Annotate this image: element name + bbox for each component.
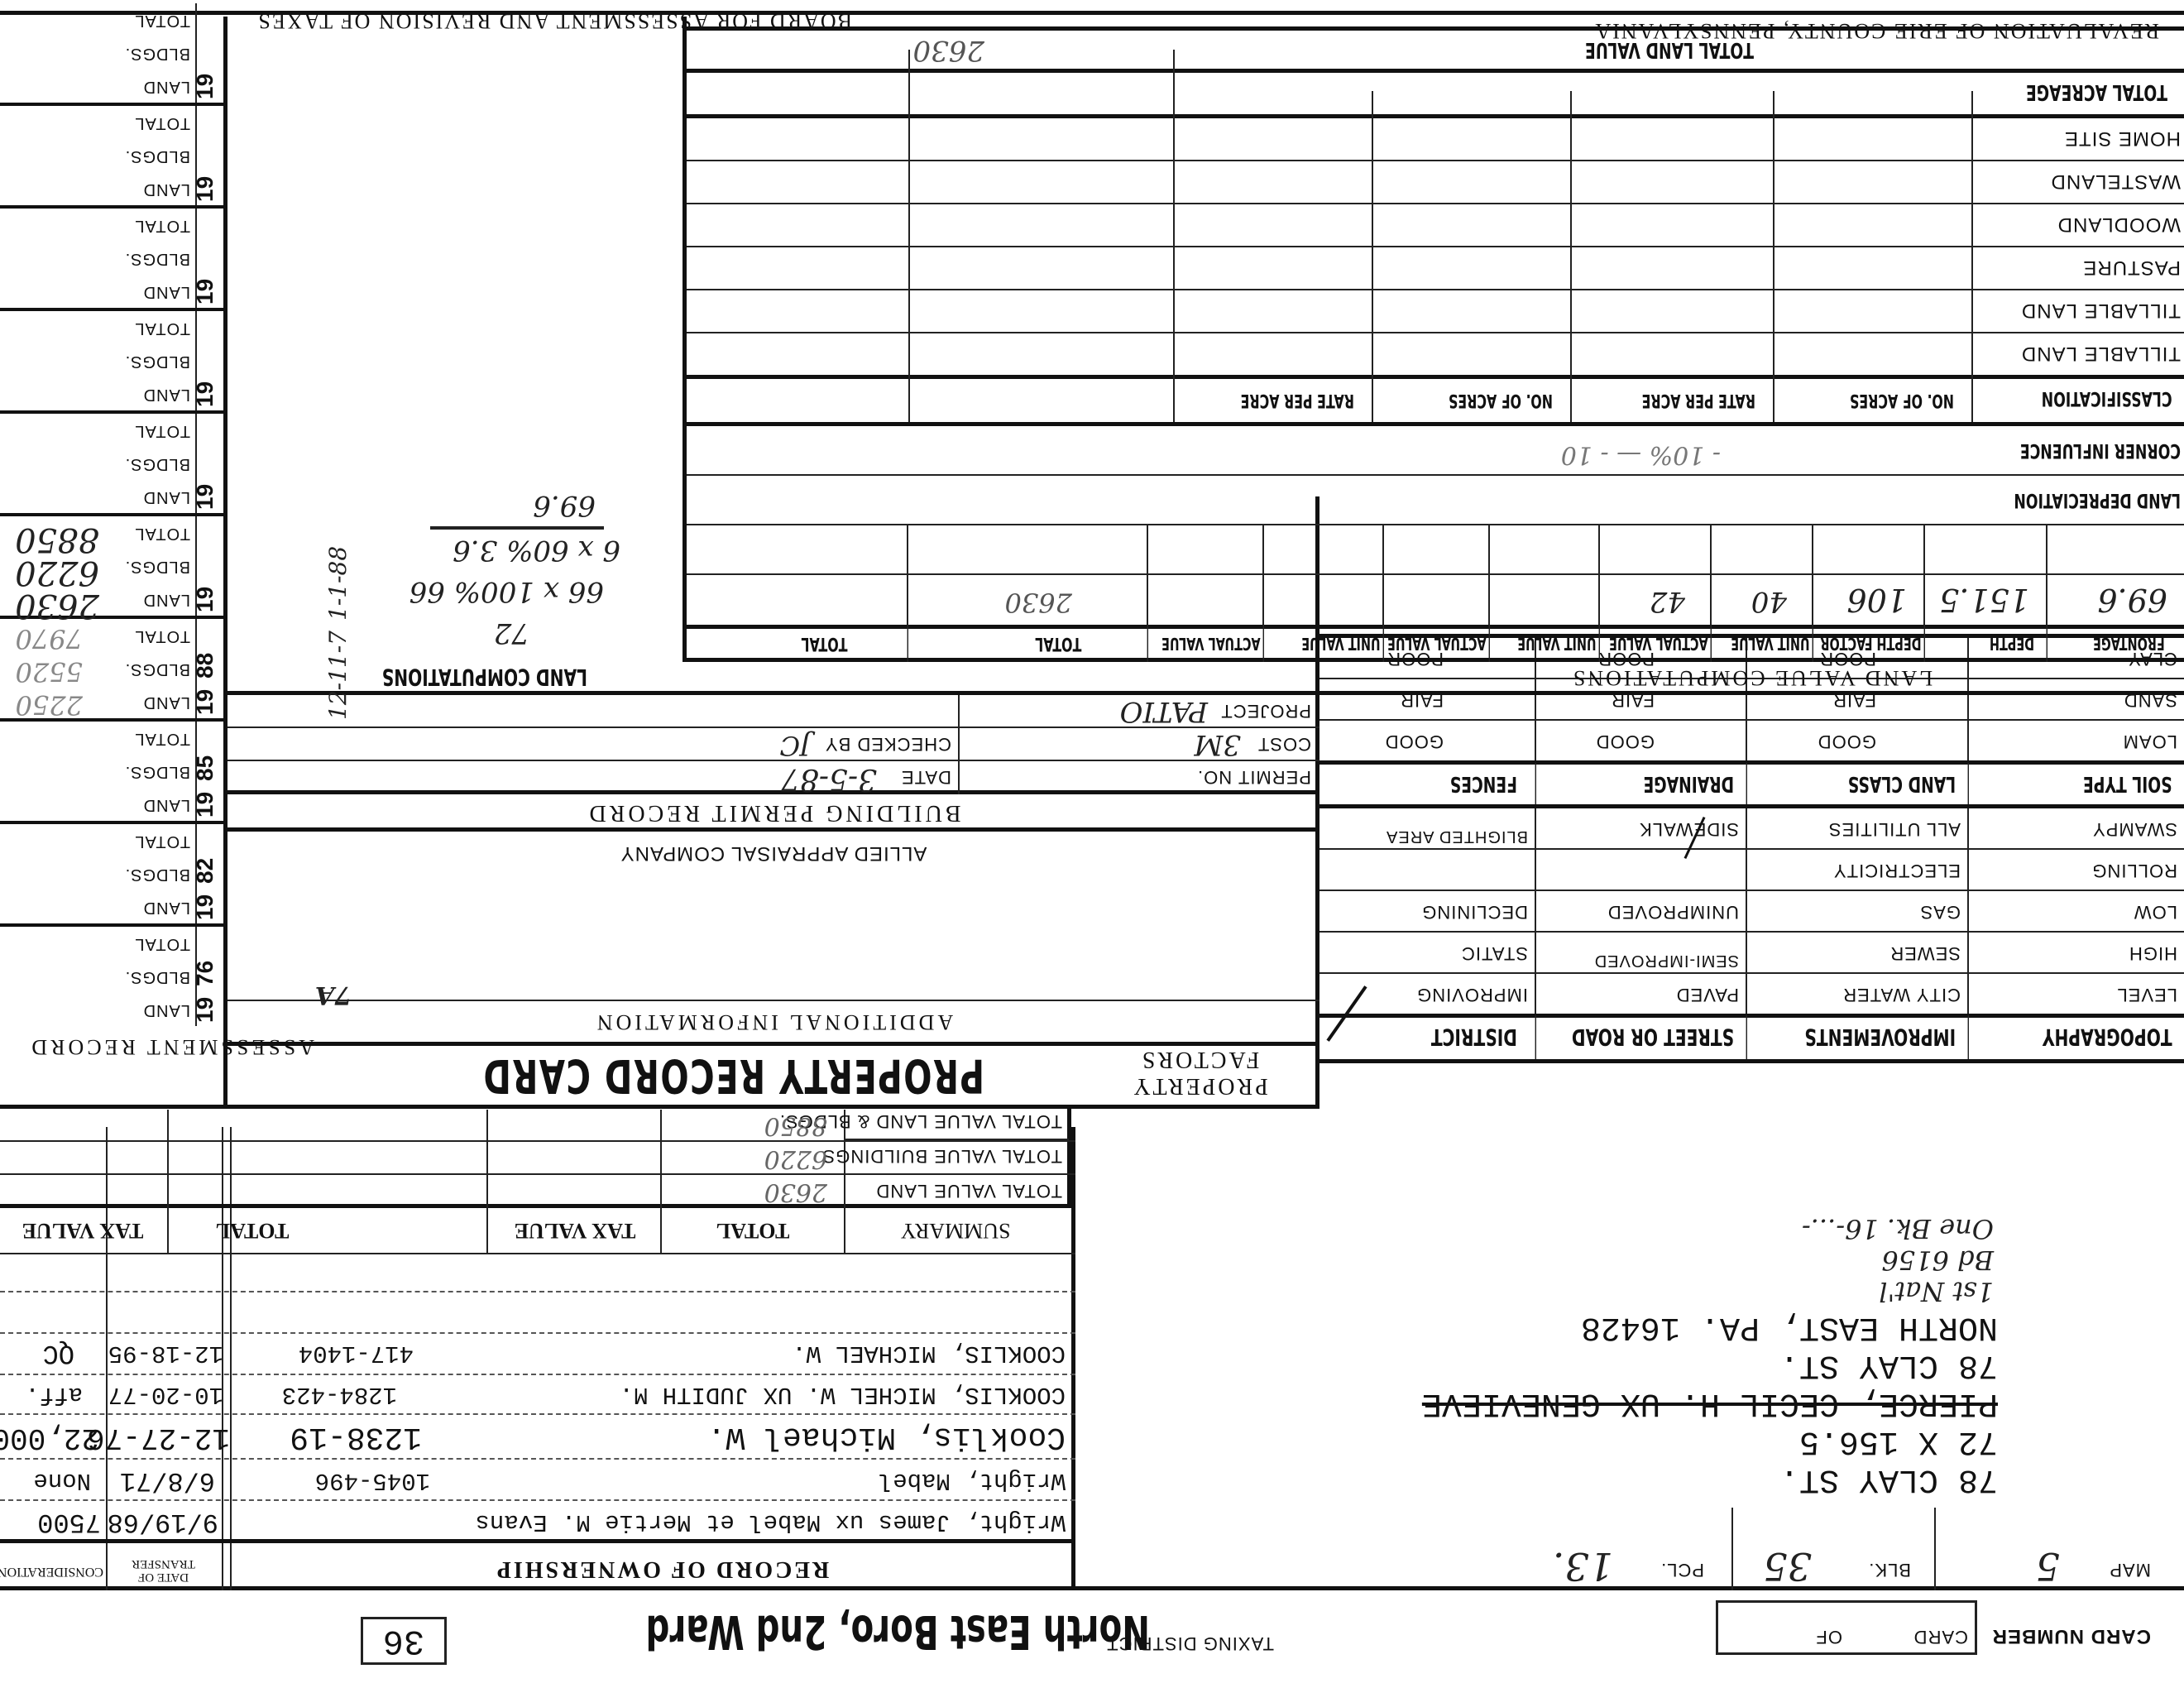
total-acreage-label: TOTAL ACREAGE (2026, 79, 2167, 104)
factor-empty (1319, 850, 1536, 890)
handwritten-note: Bd 6156 (1802, 1244, 1994, 1276)
land-depreciation-row: LAND DEPRECIATION (687, 474, 2184, 524)
year-prefix: 19 (192, 279, 218, 305)
summary-label: TOTAL VALUE LAND (876, 1180, 1062, 1201)
assessment-block: 19 85 LAND BLDGS. TOTAL (0, 718, 223, 821)
permit-no-label: PERMIT NO. (1197, 766, 1311, 788)
land-computation-note: 72 (409, 612, 670, 654)
consideration-header: CONSIDERATION (0, 1564, 103, 1579)
col-drainage: DRAINAGE (1595, 763, 1747, 804)
col-no-of-acres: NO. OF ACRES (1429, 376, 1572, 422)
summary-total-header: TOTAL (666, 1218, 840, 1243)
total-label: TOTAL (134, 832, 190, 851)
cost-label: COST (1257, 733, 1311, 755)
factor-all-utilities[interactable]: ALL UTILITIES (1747, 808, 1969, 848)
col-improvements: IMPROVEMENTS (1809, 1015, 1969, 1059)
assessment-block: 19 LAND BLDGS. TOTAL (0, 103, 223, 205)
checked-by-label: CHECKED BY (825, 733, 951, 755)
ownership-row: COOKLIS, MICHEL W. UX JUDITH M. 1284-423… (0, 1374, 1075, 1413)
total-label: TOTAL (134, 626, 190, 645)
box-number: 36 (361, 1617, 447, 1665)
land-computation-note: 69.6 (430, 485, 604, 530)
assessment-values-85: 2250 5520 7970 (16, 622, 83, 722)
ownership-table: Wright, James ux Mabel et Mertie M. Evan… (0, 1251, 1075, 1541)
factor-sewer[interactable]: SEWER (1747, 933, 1969, 972)
card-label: CARD (1913, 1626, 1968, 1647)
permit-date[interactable]: 3-5-87 (781, 762, 877, 796)
acreage-row: PASTURE (687, 246, 2184, 289)
factor-gas[interactable]: GAS (1747, 891, 1969, 931)
land-depreciation-label: LAND DEPRECIATION (2014, 489, 2181, 512)
year-prefix: 19 (192, 484, 218, 510)
handwritten-notes: 1st Nat'l Bd 6156 One Bk. 16-...- (1802, 1213, 1994, 1307)
land-label: LAND (143, 795, 190, 814)
map-label: MAP (2109, 1559, 2151, 1580)
assessment-block: 19 LAND BLDGS. TOTAL (0, 410, 223, 513)
acreage-row: TILLABLE LAND (687, 332, 2184, 375)
assessment-record-table: 19 76 LAND BLDGS. TOTAL 19 82 LAND BLDGS… (0, 3, 223, 1026)
col-topography: TOPOGRAPHY (2029, 1015, 2184, 1059)
land-label: LAND (143, 385, 190, 404)
footer-right: BOARD FOR ASSESSMENT AND REVISION OF TAX… (256, 8, 852, 33)
factor-row: LOW GAS UNIMPROVED DECLINING (1319, 890, 2184, 931)
consideration: QC (43, 1338, 74, 1369)
summary-label: TOTAL VALUE BUILDINGS (822, 1145, 1062, 1167)
col-no-of-acres: NO. OF ACRES (1830, 376, 1973, 422)
assessment-year: 88 (192, 653, 218, 679)
total-label: TOTAL (134, 11, 190, 30)
handwritten-note: One Bk. 16-...- (1802, 1213, 1994, 1244)
land-label: LAND (143, 180, 190, 199)
col-depth: DEPTH (1959, 625, 2047, 662)
factor-row: LEVEL CITY WATER PAVED IMPROVING (1319, 972, 2184, 1014)
factor-empty (1536, 850, 1747, 890)
total-value[interactable]: 2630 (908, 575, 1148, 625)
assessment-bldgs-value[interactable]: 6220 (15, 556, 99, 589)
transfer-date: 12-27-76 (87, 1421, 230, 1455)
assessment-note: 1-1-88 (324, 546, 352, 621)
allied-appraisal-company: ALLIED APPRAISAL COMPANY (227, 842, 1319, 865)
factor-good[interactable]: GOOD (1747, 721, 1969, 760)
assessment-land-value[interactable]: 2250 (16, 688, 83, 722)
corner-influence-note: - 10% — - 10 (1561, 440, 1721, 469)
land-value-row (687, 524, 2184, 573)
total-label: TOTAL (134, 216, 190, 235)
total-label: TOTAL (134, 319, 190, 338)
factor-swampy[interactable]: SWAMPY (1969, 808, 2184, 848)
summary-right-total-header: TOTAL (174, 1218, 331, 1243)
owner-name: Cooklis, Michael W. (707, 1419, 1066, 1455)
col-unit-value: UNIT VALUE (1740, 625, 1813, 662)
owner-name: COOKLIS, MICHAEL W. (792, 1340, 1066, 1367)
col-depth-factor: DEPTH FACTOR (1845, 625, 1925, 662)
col-actual-value: ACTUAL VALUE (1181, 625, 1264, 662)
summary-table: TOTAL VALUE LAND TOTAL VALUE BUILDINGS T… (845, 1105, 1069, 1208)
land-value-header: FRONTAGE DEPTH DEPTH FACTOR UNIT VALUE A… (687, 625, 2184, 662)
project-value[interactable]: PATIO (1120, 695, 1208, 728)
assessment-year: 85 (192, 755, 218, 781)
factor-declining[interactable]: DECLINING (1319, 891, 1536, 931)
factor-low[interactable]: LOW (1969, 891, 2184, 931)
date-label: DATE (901, 766, 951, 788)
address-line: 78 CLAY ST. (1422, 1460, 1998, 1498)
summary-row: TOTAL VALUE LAND (845, 1173, 1069, 1208)
address-line: 78 CLAY ST. (1422, 1345, 1998, 1383)
ownership-row (0, 1291, 1075, 1332)
year-prefix: 19 (192, 176, 218, 202)
ownership-row: Wright, James ux Mabel et Mertie M. Evan… (0, 1499, 1075, 1541)
blk-label: BLK. (1868, 1559, 1911, 1580)
bldgs-label: BLDGS. (125, 762, 190, 781)
additional-info-title: ADDITIONAL INFORMATION (227, 1009, 1319, 1034)
consideration: aff. (25, 1381, 83, 1408)
summary-total-all: 8850 (764, 1109, 827, 1142)
unit-value[interactable] (1264, 575, 1384, 625)
acreage-header: CLASSIFICATION NO. OF ACRES RATE PER ACR… (687, 375, 2184, 422)
bldgs-label: BLDGS. (125, 659, 190, 679)
factor-blighted-area[interactable]: BLIGHTED AREA (1319, 808, 1536, 848)
bldgs-label: BLDGS. (125, 454, 190, 473)
col-total: TOTAL (975, 625, 1148, 662)
property-factors-table: TOPOGRAPHY IMPROVEMENTS STREET OR ROAD D… (1319, 1014, 2184, 1063)
land-label: LAND (143, 77, 190, 96)
consideration: None (33, 1467, 91, 1494)
factor-paved[interactable]: PAVED (1536, 974, 1747, 1014)
year-prefix: 19 (192, 792, 218, 818)
land-value-computations-title: LAND VALUE COMPUTATIONS (1319, 665, 2184, 690)
total-label: TOTAL (134, 113, 190, 132)
taxing-district-label: TAXING DISTRICT (1175, 1633, 1274, 1653)
col-actual-value: ACTUAL VALUE (1631, 625, 1712, 662)
bldgs-label: BLDGS. (125, 352, 190, 371)
bldgs-label: BLDGS. (125, 249, 190, 268)
total-label: TOTAL (134, 421, 190, 440)
land-label: LAND (143, 590, 190, 609)
acreage-row: WOODLAND (687, 203, 2184, 246)
acreage-row: WASTELAND (687, 160, 2184, 203)
deed-ref: 1045-496 (315, 1467, 430, 1494)
building-permit-title: BUILDING PERMIT RECORD (227, 799, 1319, 826)
factor-static[interactable]: STATIC (1319, 933, 1536, 972)
of-label: OF (1815, 1626, 1842, 1647)
bldgs-label: BLDGS. (125, 967, 190, 986)
year-prefix: 19 (192, 894, 218, 920)
ownership-title: RECORD OF OWNERSHIP (248, 1556, 1075, 1582)
assessment-note: 12-11-7 (324, 631, 352, 720)
bldgs-label: BLDGS. (125, 44, 190, 63)
summary-title: SUMMARY (852, 1218, 1059, 1243)
col-total: TOTAL (749, 625, 908, 662)
col-unit-value: UNIT VALUE (1521, 625, 1600, 662)
frontage-value[interactable]: 69.6 (2047, 575, 2184, 625)
assessment-block: 19 82 LAND BLDGS. TOTAL (0, 821, 223, 923)
land-computations-notes: 72 66 x 100% 66 6 x 60% 3.6 69.6 (409, 485, 670, 654)
factor-high[interactable]: HIGH (1969, 933, 2184, 972)
assessment-block: 19 LAND BLDGS. TOTAL (0, 205, 223, 308)
factor-level[interactable]: LEVEL (1969, 974, 2184, 1014)
year-prefix: 19 (192, 74, 218, 99)
factor-row: LOAM GOOD GOOD GOOD (1319, 719, 2184, 760)
address-line: NORTH EAST, PA. 16428 (1422, 1307, 1998, 1345)
col-unit-value: UNIT VALUE (1298, 625, 1384, 662)
owner-name: COOKLIS, MICHEL W. UX JUDITH M. (620, 1381, 1066, 1408)
acreage-pasture: PASTURE (2082, 256, 2181, 279)
factor-row: HIGH SEWER SEMI-IMPROVED STATIC (1319, 931, 2184, 972)
assessment-values-88: 2630 6220 8850 (15, 523, 99, 622)
pcl-label: PCL. (1660, 1559, 1704, 1580)
col-rate-per-acre: RATE PER ACRE (1230, 376, 1373, 422)
acreage-wasteland: WASTELAND (2051, 170, 2181, 193)
assessment-record-title: ASSESSMENT RECORD (28, 1034, 314, 1059)
blk-value[interactable]: 35 (1763, 1544, 1812, 1589)
col-classification: CLASSIFICATION (2032, 376, 2184, 422)
ownership-row (0, 1251, 1075, 1291)
summary-tax-value-header: TAX VALUE (492, 1218, 658, 1243)
assessment-block: 19 LAND BLDGS. TOTAL (0, 3, 223, 103)
address-line-struck: PIERCE, CECIL H. UX GENEVIEVE (1422, 1383, 1998, 1422)
factor-city-water[interactable]: CITY WATER (1747, 974, 1969, 1014)
corner-influence-label: CORNER INFLUENCE (2020, 439, 2181, 463)
bldgs-label: BLDGS. (125, 865, 190, 884)
depth-value[interactable]: 151.5 (1925, 575, 2047, 625)
consideration: 7500 (37, 1507, 101, 1537)
land-computation-note: 66 x 100% 66 (409, 571, 670, 612)
col-land-class: LAND CLASS (1809, 763, 1969, 804)
address-block: 78 CLAY ST. 72 X 156.5 PIERCE, CECIL H. … (1422, 1307, 1998, 1498)
total-label: TOTAL (134, 729, 190, 748)
total-label: TOTAL (134, 934, 190, 953)
acreage-tillable-land: TILLABLE LAND (2021, 299, 2181, 322)
taxing-district: North East Boro, 2nd Ward (646, 1604, 1150, 1658)
deed-ref: 1238-19 (290, 1419, 422, 1455)
deed-ref: 1284-423 (282, 1381, 397, 1408)
assessment-total-value[interactable]: 7970 (16, 622, 83, 655)
owner-name: Wright, James ux Mabel et Mertie M. Evan… (475, 1508, 1066, 1536)
assessment-block: 19 76 LAND BLDGS. TOTAL (0, 923, 223, 1026)
assessment-total-value[interactable]: 8850 (15, 523, 99, 556)
assessment-bldgs-value[interactable]: 5520 (16, 655, 83, 688)
actual-value[interactable]: 42 (1600, 575, 1712, 625)
assessment-year: 82 (192, 858, 218, 884)
year-prefix: 19 (192, 587, 218, 612)
checked-by-value[interactable]: JC (780, 730, 811, 761)
transfer-date: 10-20-77 (108, 1381, 223, 1408)
actual-value[interactable] (1148, 575, 1264, 625)
acreage-woodland: WOODLAND (2057, 213, 2181, 236)
ownership-row: Wright, Mabel 1045-496 6/8/71 None (0, 1458, 1075, 1499)
handwritten-note: 1st Nat'l (1802, 1276, 1994, 1307)
land-label: LAND (143, 693, 190, 712)
cost-value[interactable]: 3M (1195, 728, 1241, 761)
property-factors-title: PROPERTY FACTORS (1080, 1046, 1319, 1099)
factor-header-row-2: SOIL TYPE LAND CLASS DRAINAGE FENCES (1319, 760, 2184, 804)
card-number-label: CARD NUMBER (1992, 1625, 2151, 1647)
actual-value[interactable] (1384, 575, 1490, 625)
assessment-year: 76 (192, 961, 218, 986)
land-label: LAND (143, 898, 190, 917)
assessment-land-value[interactable]: 2630 (15, 589, 99, 622)
total-acreage-row: TOTAL ACREAGE (687, 69, 2184, 114)
land-label: LAND (143, 282, 190, 301)
acreage-row: HOME SITE (687, 114, 2184, 160)
corner-influence-row: CORNER INFLUENCE - 10% — - 10 (687, 422, 2184, 474)
total-land-value[interactable]: 2630 (912, 34, 984, 67)
property-factors-header: TOPOGRAPHY IMPROVEMENTS STREET OR ROAD D… (1319, 1014, 2184, 1063)
transfer-date: 12-18-95 (108, 1340, 223, 1367)
land-computations-label: LAND COMPUTATIONS (382, 664, 587, 691)
date-of-transfer-header: DATE OF TRANSFER (112, 1557, 215, 1584)
acreage-home-site: HOME SITE (2064, 127, 2181, 150)
address-line: 72 X 156.5 (1422, 1422, 1998, 1460)
ownership-row: COOKLIS, MICHAEL W. 417-1404 12-18-95 QC (0, 1332, 1075, 1374)
factor-row: ROLLING ELECTRICITY (1319, 848, 2184, 890)
col-district: DISTRICT (1380, 1015, 1536, 1059)
pcl-value[interactable]: 13. (1553, 1544, 1613, 1589)
summary-total-land: 2630 (764, 1175, 827, 1208)
land-computation-note: 6 x 60% 3.6 (409, 530, 670, 571)
deed-ref: 417-1404 (299, 1340, 414, 1367)
land-label: LAND (143, 1000, 190, 1019)
card-of-box[interactable]: CARD OF (1716, 1600, 1977, 1655)
summary-row: TOTAL VALUE BUILDINGS (845, 1139, 1069, 1173)
land-value-row: 69.6 151.5 106 40 42 2630 (687, 573, 2184, 625)
bldgs-label: BLDGS. (125, 146, 190, 165)
summary-row: TOTAL VALUE LAND & BLDGS. (845, 1105, 1069, 1139)
property-record-card: CARD NUMBER CARD OF TAXING DISTRICT Nort… (0, 0, 2184, 1688)
land-value-table: FRONTAGE DEPTH DEPTH FACTOR UNIT VALUE A… (687, 26, 2184, 662)
col-fences: FENCES (1380, 763, 1536, 804)
col-street-or-road: STREET OR ROAD (1595, 1015, 1747, 1059)
summary-totals: 2630 6220 8850 (764, 1109, 827, 1208)
consideration: 22,000 (0, 1421, 99, 1455)
project-label: PROJECT (1220, 700, 1311, 722)
factor-unimproved[interactable]: UNIMPROVED (1536, 891, 1747, 931)
factor-semi-improved[interactable]: SEMI-IMPROVED (1536, 933, 1747, 972)
acreage-tillable-land: TILLABLE LAND (2021, 342, 2181, 365)
map-value[interactable]: 5 (2036, 1544, 2060, 1589)
factor-good[interactable]: GOOD (1536, 721, 1747, 760)
total-value[interactable] (687, 575, 908, 625)
unit-value[interactable] (1490, 575, 1600, 625)
ownership-row: Cooklis, Michael W. 1238-19 12-27-76 22,… (0, 1413, 1075, 1458)
total-label: TOTAL (134, 524, 190, 543)
summary-total-bldgs: 6220 (764, 1142, 827, 1175)
factor-good[interactable]: GOOD (1319, 721, 1536, 760)
assessment-block: 19 LAND BLDGS. TOTAL (0, 308, 223, 410)
unit-value[interactable]: 40 (1712, 575, 1813, 625)
factor-row: SWAMPY ALL UTILITIES SIDEWALK BLIGHTED A… (1319, 804, 2184, 848)
property-record-card-title: PROPERTY RECORD CARD (482, 1048, 984, 1102)
acreage-row: TILLABLE LAND (687, 289, 2184, 332)
assessment-note: 7A (315, 981, 352, 1009)
land-label: LAND (143, 487, 190, 506)
col-soil-type: SOIL TYPE (2029, 763, 2184, 804)
transfer-date: 9/19/68 (108, 1507, 218, 1537)
transfer-date: 6/8/71 (120, 1465, 215, 1496)
bldgs-label: BLDGS. (125, 557, 190, 576)
depth-factor-value[interactable]: 106 (1813, 575, 1925, 625)
factor-rolling[interactable]: ROLLING (1969, 850, 2184, 890)
year-prefix: 19 (192, 997, 218, 1023)
factor-sidewalk[interactable]: SIDEWALK (1536, 808, 1747, 848)
col-actual-value: ACTUAL VALUE (1414, 625, 1490, 662)
summary-right-tax-header: TAX VALUE (0, 1218, 165, 1243)
factor-loam[interactable]: LOAM (1969, 721, 2184, 760)
year-prefix: 19 (192, 381, 218, 407)
factor-electricity[interactable]: ELECTRICITY (1747, 850, 1969, 890)
owner-name: Wright, Mabel (879, 1467, 1066, 1494)
footer-left: REVALUATION OF ERIE COUNTY, PENNSYLVANIA (1593, 18, 2159, 43)
year-prefix: 19 (192, 689, 218, 715)
col-rate-per-acre: RATE PER ACRE (1629, 376, 1774, 422)
col-frontage: FRONTAGE (2086, 625, 2184, 662)
